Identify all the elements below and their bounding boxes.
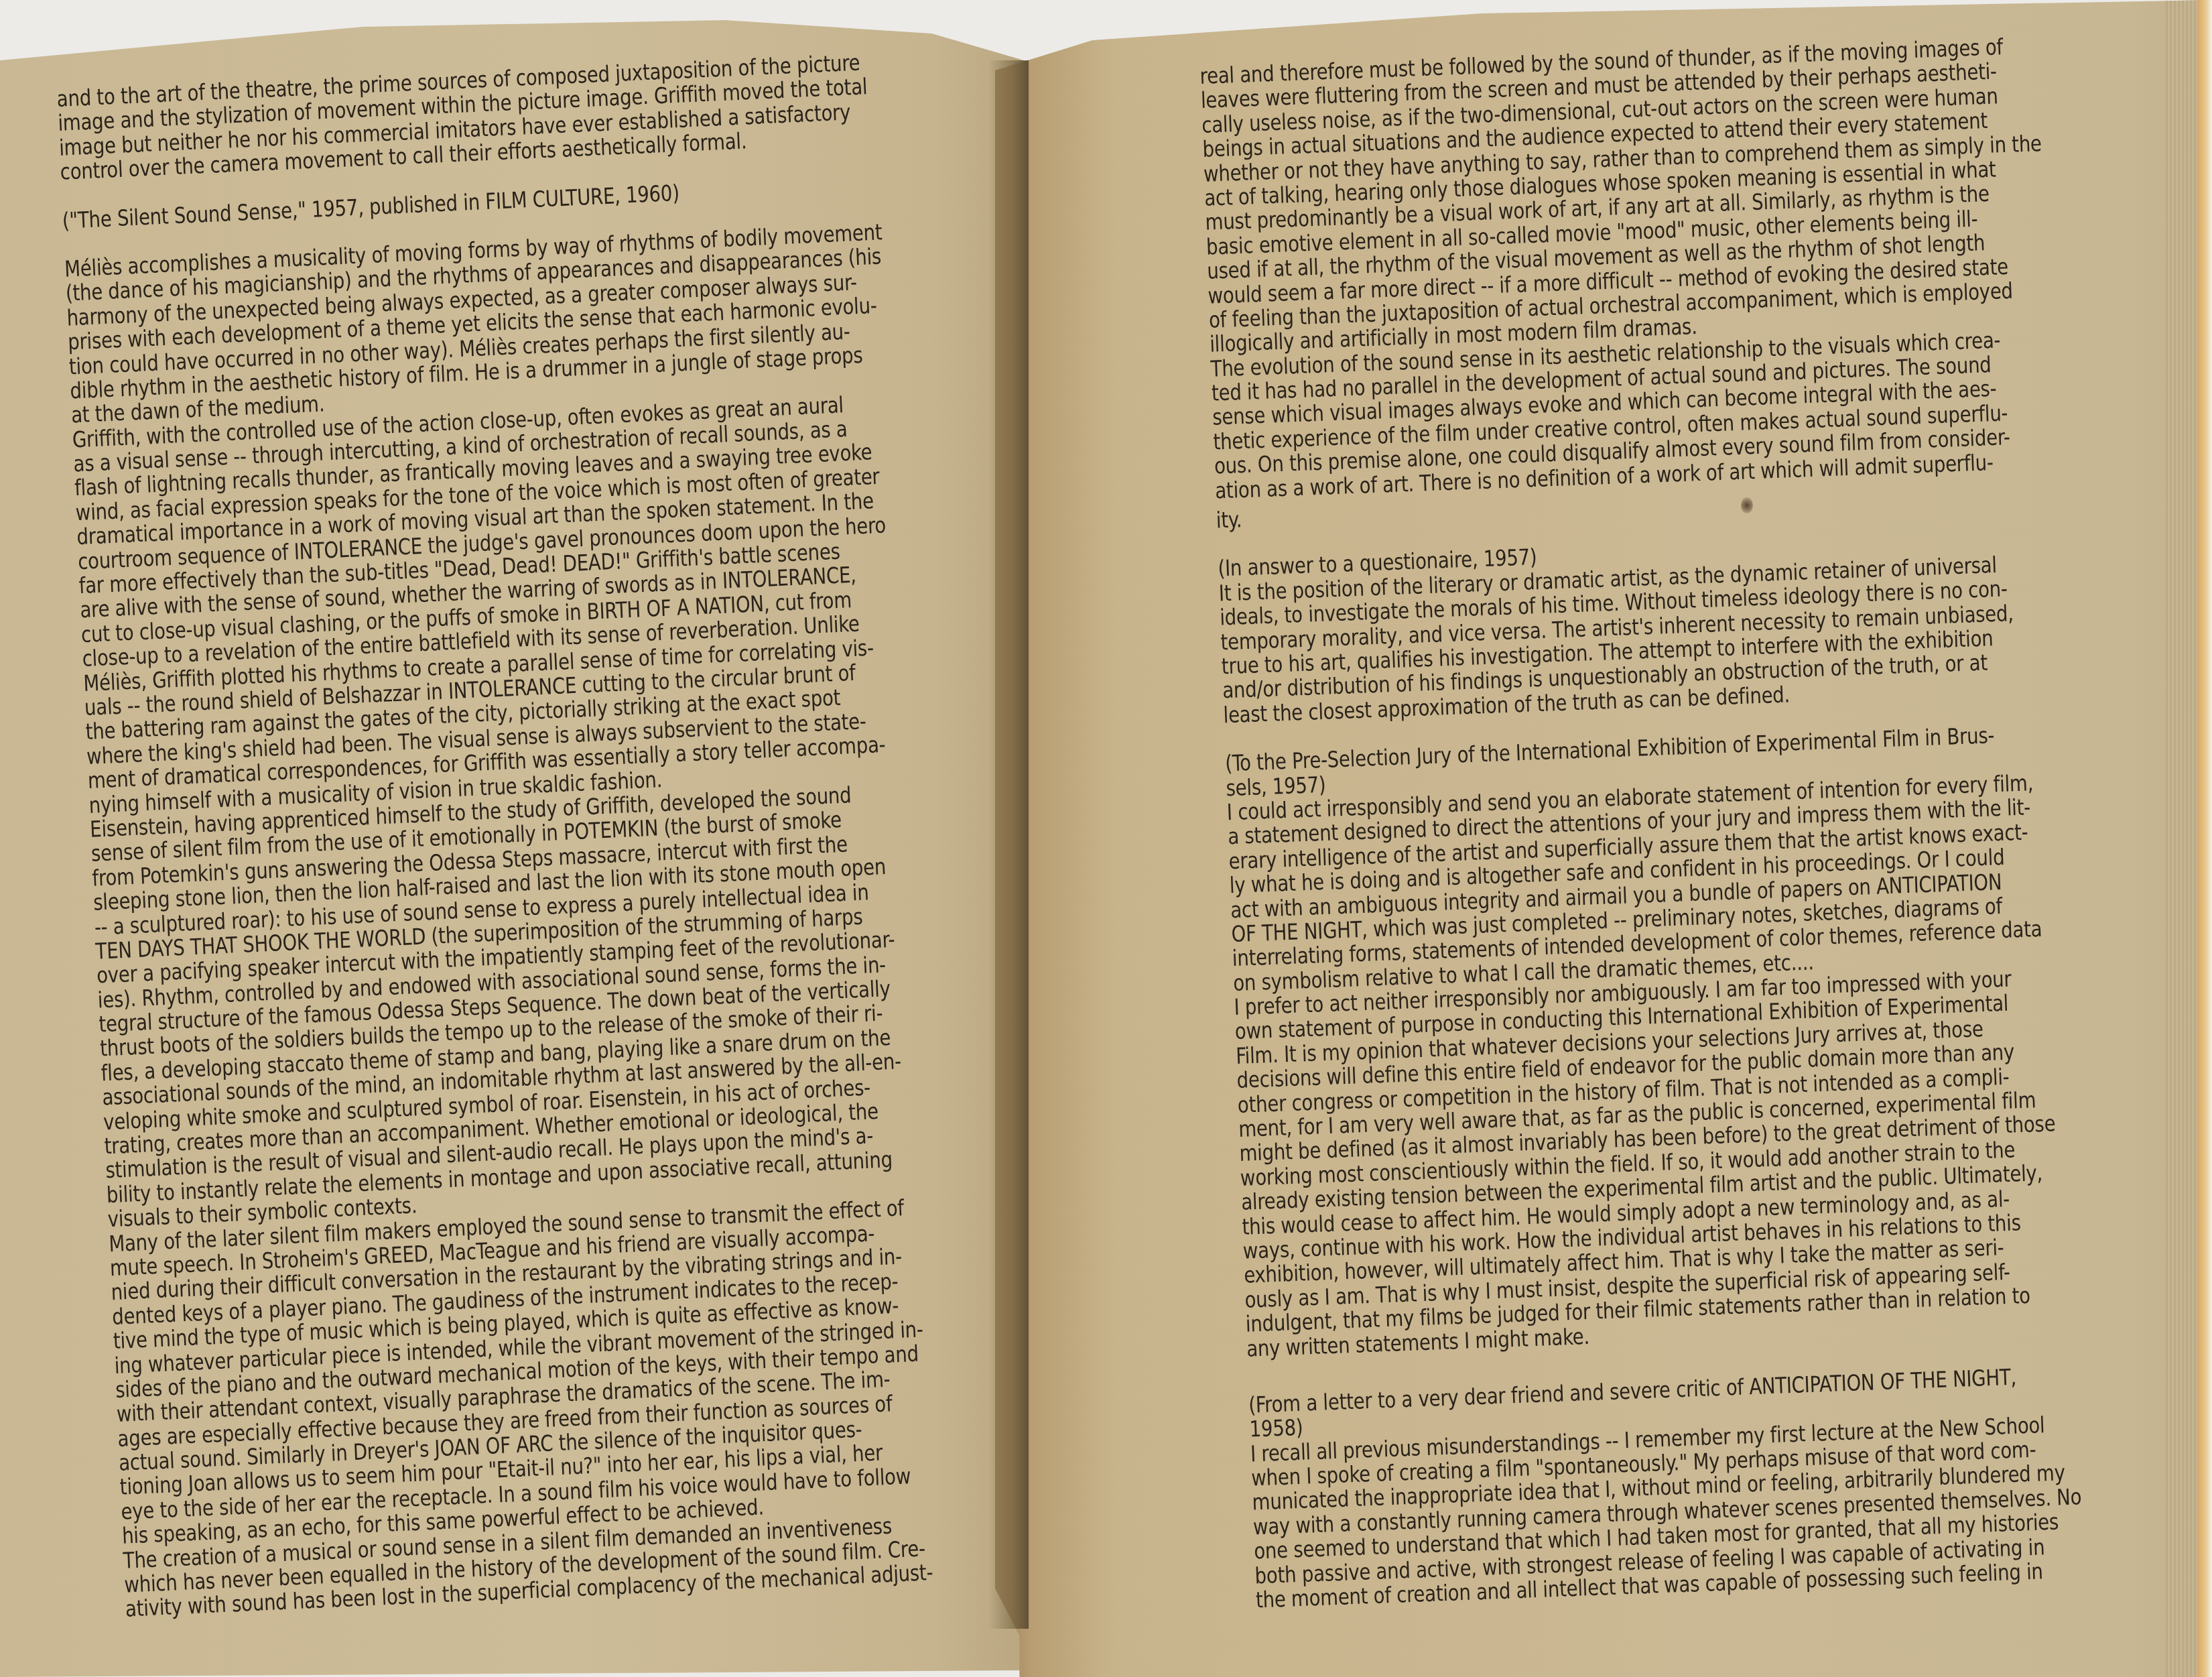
- paragraph-right-4: I recall all previous misunderstandings …: [1250, 1410, 2128, 1613]
- left-page-text: and to the art of the theatre, the prime…: [56, 52, 892, 1621]
- essay-body-left: Méliès accomplishes a musicality of movi…: [64, 223, 892, 1622]
- paragraph-right-1: real and therefore must be followed by t…: [1199, 32, 2089, 533]
- right-page-text: real and therefore must be followed by t…: [1199, 32, 2128, 1613]
- page-edges: [2165, 0, 2212, 1677]
- paragraph-right-3: I could act irresponsibly and send you a…: [1226, 768, 2119, 1361]
